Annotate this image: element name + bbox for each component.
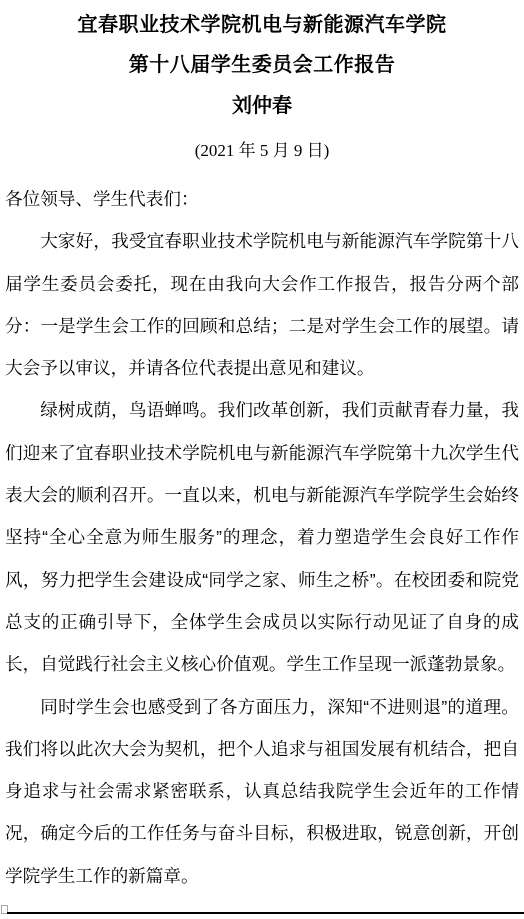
document-page[interactable]: 宜春职业技术学院机电与新能源汽车学院 第十八届学生委员会工作报告 刘仲春 (20… <box>0 0 524 919</box>
page-bottom-divider <box>7 912 524 914</box>
document-header: 宜春职业技术学院机电与新能源汽车学院 第十八届学生委员会工作报告 刘仲春 (20… <box>0 0 524 175</box>
paragraph-intro: 大家好，我受宜春职业技术学院机电与新能源汽车学院第十八届学生委员会委托，现在由我… <box>5 220 519 389</box>
document-body: 各位领导、学生代表们： 大家好，我受宜春职业技术学院机电与新能源汽车学院第十八届… <box>5 178 519 897</box>
paragraph-review: 绿树成荫，鸟语蝉鸣。我们改革创新，我们贡献青春力量，我们迎来了宜春职业技术学院机… <box>5 389 519 685</box>
author-name: 刘仲春 <box>0 85 524 127</box>
document-title-line-1: 宜春职业技术学院机电与新能源汽车学院 <box>0 5 524 45</box>
salutation: 各位领导、学生代表们： <box>5 178 519 220</box>
document-title-line-2: 第十八届学生委员会工作报告 <box>0 45 524 85</box>
report-date: (2021 年 5 月 9 日) <box>0 127 524 175</box>
paragraph-outlook: 同时学生会也感受到了各方面压力，深知“不进则退”的道理。我们将以此次大会为契机，… <box>5 686 519 897</box>
